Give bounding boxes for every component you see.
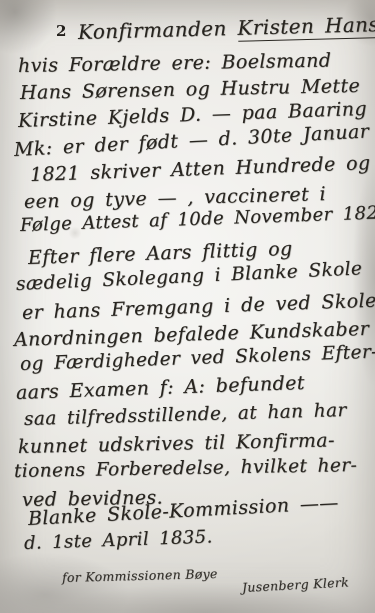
heading-prefix: Konfirmanden: [78, 16, 227, 44]
signature-right: Jusenberg Klerk: [242, 574, 350, 595]
signature-left: for Kommissionen Bøye: [62, 566, 218, 585]
manuscript-line: aars Examen f: A: befundet: [16, 372, 306, 404]
date-line: d. 1ste April 1835.: [24, 526, 213, 554]
manuscript-line: kunnet udskrives til Konfirma-: [18, 429, 335, 458]
manuscript-line: hvis Forældre ere: Boelsmand: [18, 50, 332, 77]
manuscript-line: tionens Forberedelse, hvilket her-: [14, 455, 357, 482]
page-number: 2: [56, 22, 66, 40]
manuscript-page: 2 Konfirmanden Kristen Hansen hvis Foræl…: [0, 0, 375, 613]
heading-line: Konfirmanden Kristen Hansen: [78, 11, 375, 44]
confirmand-name: Kristen Hansen: [237, 11, 375, 42]
manuscript-line: saa tilfredsstillende, at han har: [24, 400, 347, 430]
